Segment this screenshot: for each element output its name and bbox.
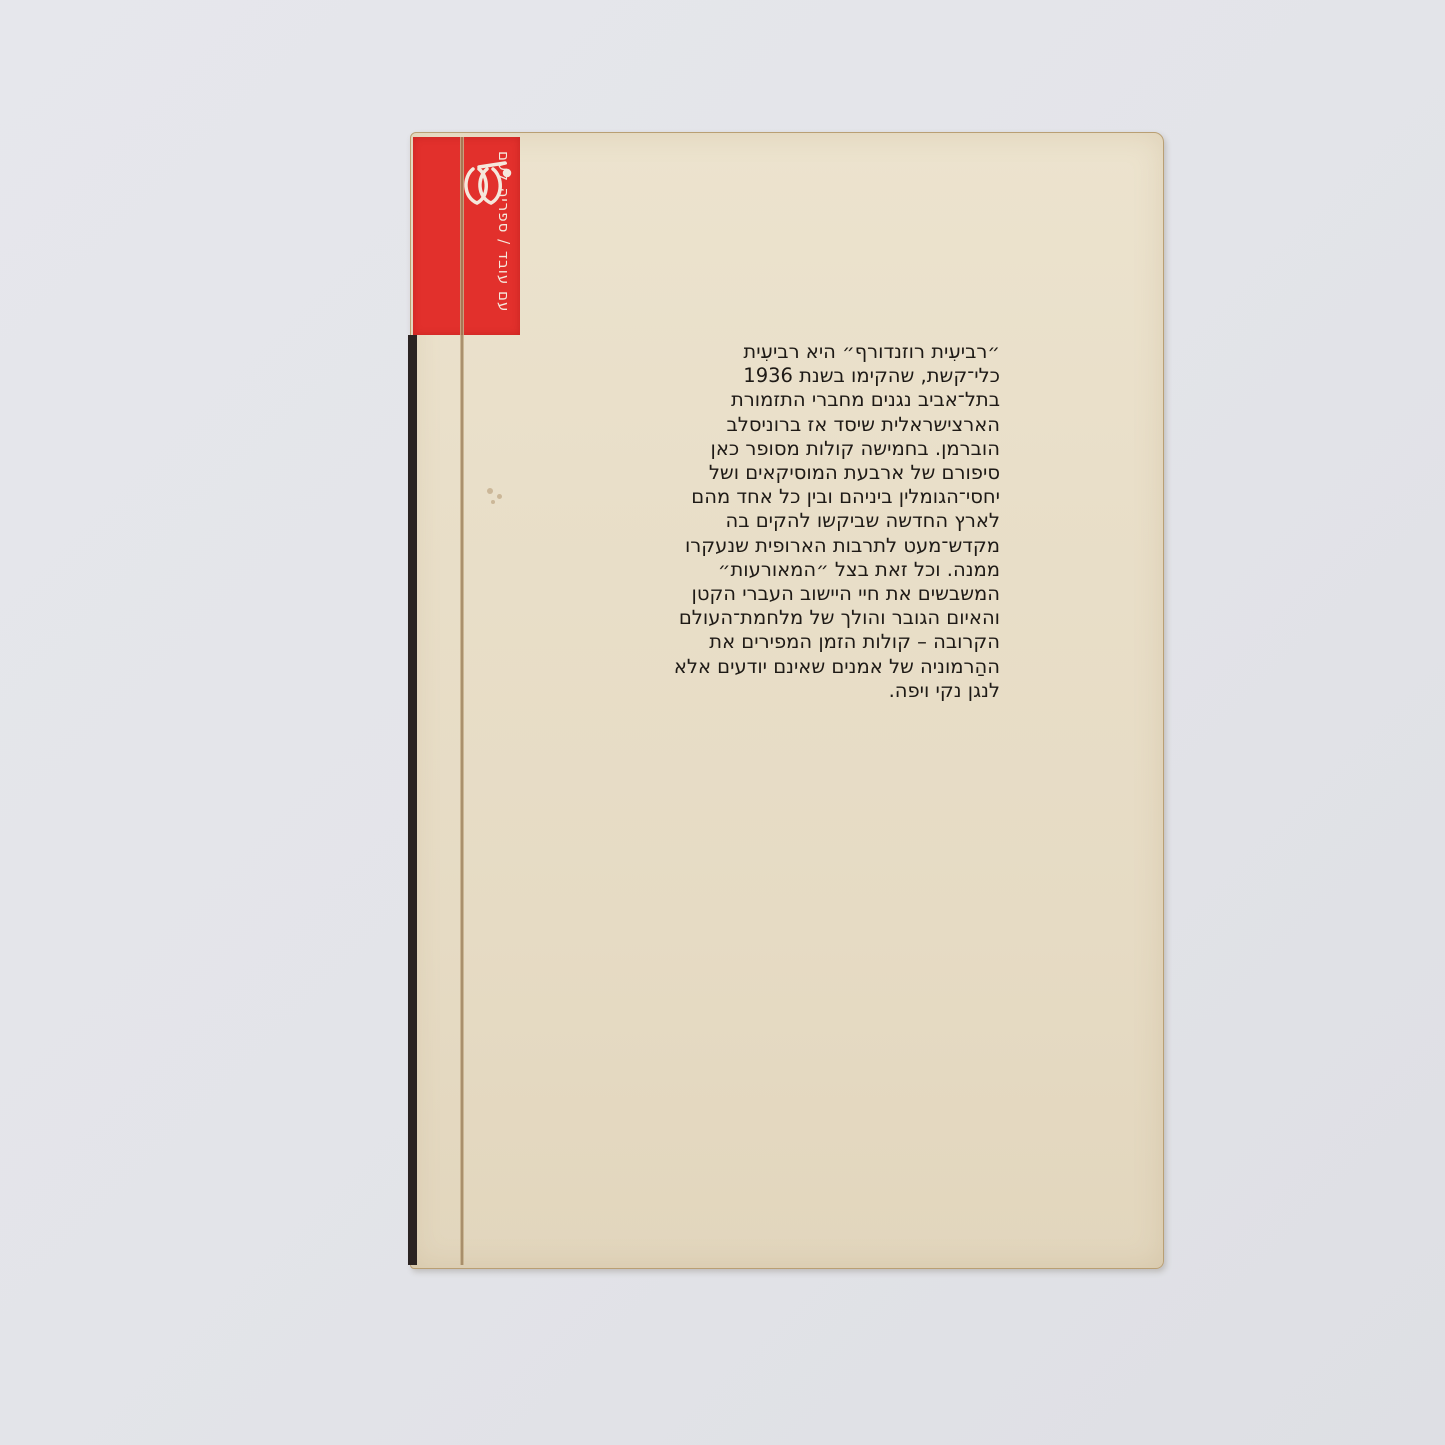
blurb-line: הקרובה – קולות הזמן המפירים את	[650, 630, 1000, 654]
cover-fold-crease	[460, 137, 464, 1265]
blurb-line: ״רביעִית רוזנדורף״ היא רביעִית	[650, 340, 1000, 364]
blurb-line: כלי־קשת, שהקימו בשנת 1936	[650, 364, 1000, 388]
stain	[487, 488, 493, 494]
blurb-line: המשבשים את חיי היישוב העברי הקטן	[650, 582, 1000, 606]
blurb-line: והאיום הגובר והולך של מלחמת־העולם	[650, 606, 1000, 630]
blurb-line: ההַרמוניה של אמנים שאינם יודעים אלא	[650, 655, 1000, 679]
blurb-line: הוברמן. בחמישה קולות מסופר כאן	[650, 437, 1000, 461]
blurb-line: הארצישראלית שיסד אז ברוניסלב	[650, 413, 1000, 437]
blurb-line: מקדש־מעט לתרבות הארופית שנעקרו	[650, 534, 1000, 558]
blurb-line: בתל־אביב נגנים מחברי התזמורת	[650, 388, 1000, 412]
stain	[497, 494, 502, 499]
stain	[491, 500, 495, 504]
blurb-line: סיפורם של ארבעת המוסיקאים ושל	[650, 461, 1000, 485]
book-spine-edge	[408, 335, 417, 1265]
blurb-line: לנגן נקי ויפה.	[650, 679, 1000, 703]
blurb-line: יחסי־הגומלין ביניהם ובין כל אחד מהם	[650, 485, 1000, 509]
back-cover-blurb: ״רביעִית רוזנדורף״ היא רביעִית כלי־קשת, …	[650, 340, 1000, 703]
publisher-label: עם עובד / ספריה לעם	[473, 151, 513, 326]
publisher-band: עם עובד / ספריה לעם	[413, 137, 520, 335]
blurb-line: ממנה. וכל זאת בצל ״המאורעות״	[650, 558, 1000, 582]
blurb-line: לארץ החדשה שביקשו להקים בה	[650, 509, 1000, 533]
